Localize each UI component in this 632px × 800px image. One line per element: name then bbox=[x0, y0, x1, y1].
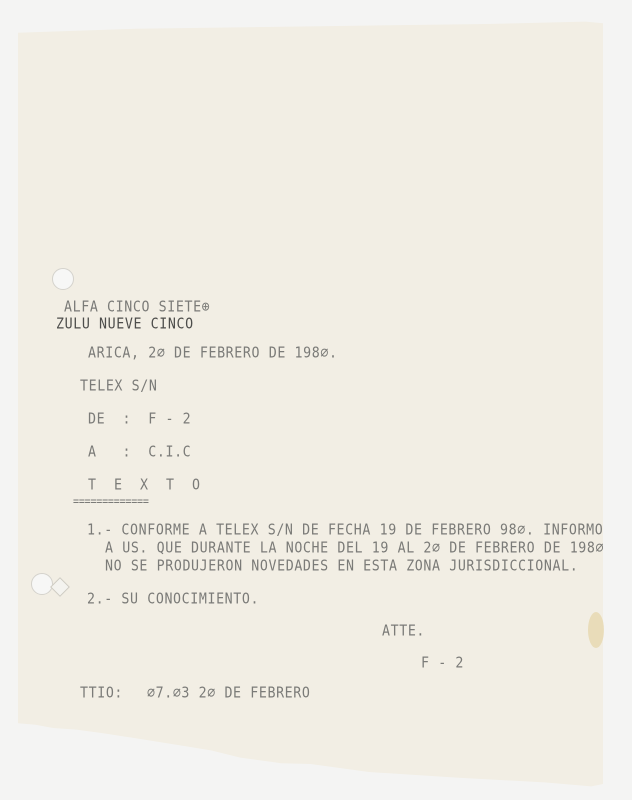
header-line-1: ALFA CINCO SIETE⊕ bbox=[64, 299, 210, 316]
section-title: T E X T O bbox=[88, 477, 205, 494]
from-value: F - 2 bbox=[148, 411, 191, 428]
signature: F - 2 bbox=[421, 655, 464, 672]
place-date: ARICA, 2∅ DE FEBRERO DE 198∅. bbox=[88, 345, 338, 362]
body-item-2: 2.- SU CONOCIMIENTO. bbox=[87, 591, 259, 608]
ttio-value: ∅7.∅3 2∅ DE FEBRERO bbox=[147, 685, 311, 702]
to-value: C.I.C bbox=[148, 444, 191, 461]
ttio-label: TTIO: bbox=[80, 685, 123, 702]
telex-reference: TELEX S/N bbox=[80, 378, 157, 395]
punch-hole-bottom bbox=[31, 573, 53, 595]
from-label: DE bbox=[88, 411, 105, 428]
body-item-1-line-1: 1.- CONFORME A TELEX S/N DE FECHA 19 DE … bbox=[87, 522, 603, 539]
body-item-1-line-3: NO SE PRODUJERON NOVEDADES EN ESTA ZONA … bbox=[105, 558, 578, 575]
section-rule: ============= bbox=[73, 496, 149, 509]
from-separator: : bbox=[122, 411, 131, 428]
closing: ATTE. bbox=[382, 623, 425, 640]
body-item-1-line-2: A US. QUE DURANTE LA NOCHE DEL 19 AL 2∅ … bbox=[105, 540, 604, 557]
to-field: A : C.I.C bbox=[88, 444, 191, 461]
punch-hole-top bbox=[52, 268, 74, 290]
header-line-2: ZULU NUEVE CINCO bbox=[56, 316, 194, 333]
paper-sheet bbox=[18, 0, 603, 800]
paper-stain bbox=[588, 612, 604, 648]
to-separator: : bbox=[122, 444, 131, 461]
from-field: DE : F - 2 bbox=[88, 411, 191, 428]
to-label: A bbox=[88, 444, 97, 461]
